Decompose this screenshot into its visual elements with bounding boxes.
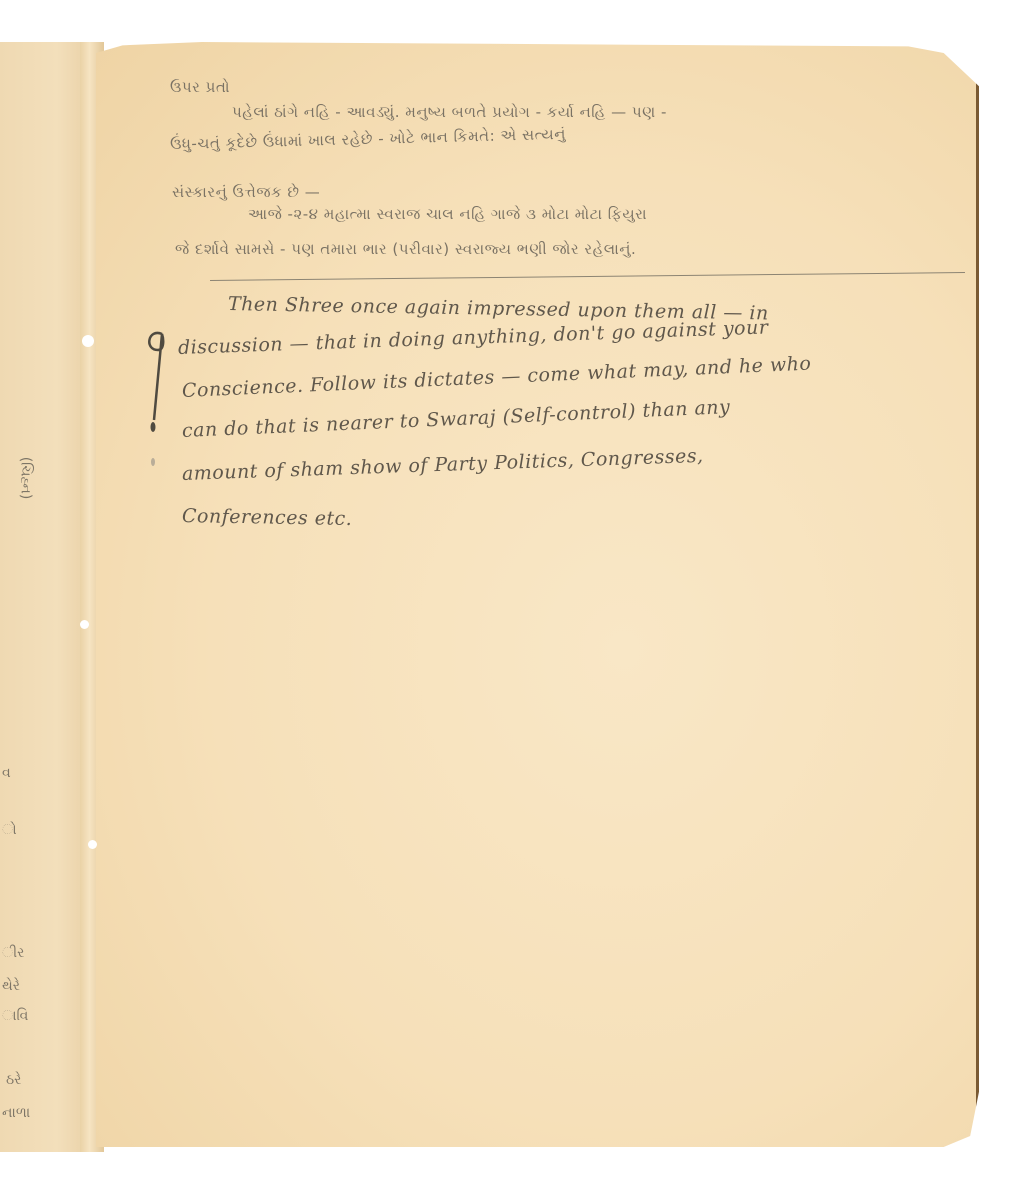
left-page-fragment: (ચિહ્ન) (17, 457, 33, 500)
paper-hole (88, 840, 97, 849)
left-page-fragment: ઠરે (6, 1072, 21, 1088)
gujarati-line: ઉપર પ્રતો (170, 78, 230, 96)
paper-hole (80, 620, 89, 629)
gujarati-line: પહેલાં ઠાંગે નહિ - આવડ્યું. મનુષ્ય બળતે … (232, 103, 667, 121)
left-page-fragment: વ (2, 765, 11, 781)
left-page-fragment: નાળા (2, 1105, 30, 1121)
left-page-fragment: ાવિ (2, 1008, 28, 1024)
paper-hole (82, 335, 94, 347)
left-page-fragment: ીર (2, 945, 24, 961)
left-page-fragment: ો (2, 822, 17, 838)
gujarati-line: આજે -૨-૪ મહાત્મા સ્વરાજ ચાલ નહિ ગાજે ૩ મ… (248, 205, 647, 223)
manuscript-scan: ઉપર પ્રતો પહેલાં ઠાંગે નહિ - આવડ્યું. મન… (0, 0, 1023, 1200)
gujarati-line: સંસ્કારનું ઉત્તેજક છે — (172, 183, 320, 201)
margin-q-mark-icon (140, 320, 170, 470)
left-page-fragment: થેરે (2, 978, 20, 994)
gujarati-line: જે દર્શાવે સામસે - પણ તમારા ભાર (પરીવાર)… (175, 240, 636, 258)
english-line: Conferences etc. (182, 505, 353, 530)
